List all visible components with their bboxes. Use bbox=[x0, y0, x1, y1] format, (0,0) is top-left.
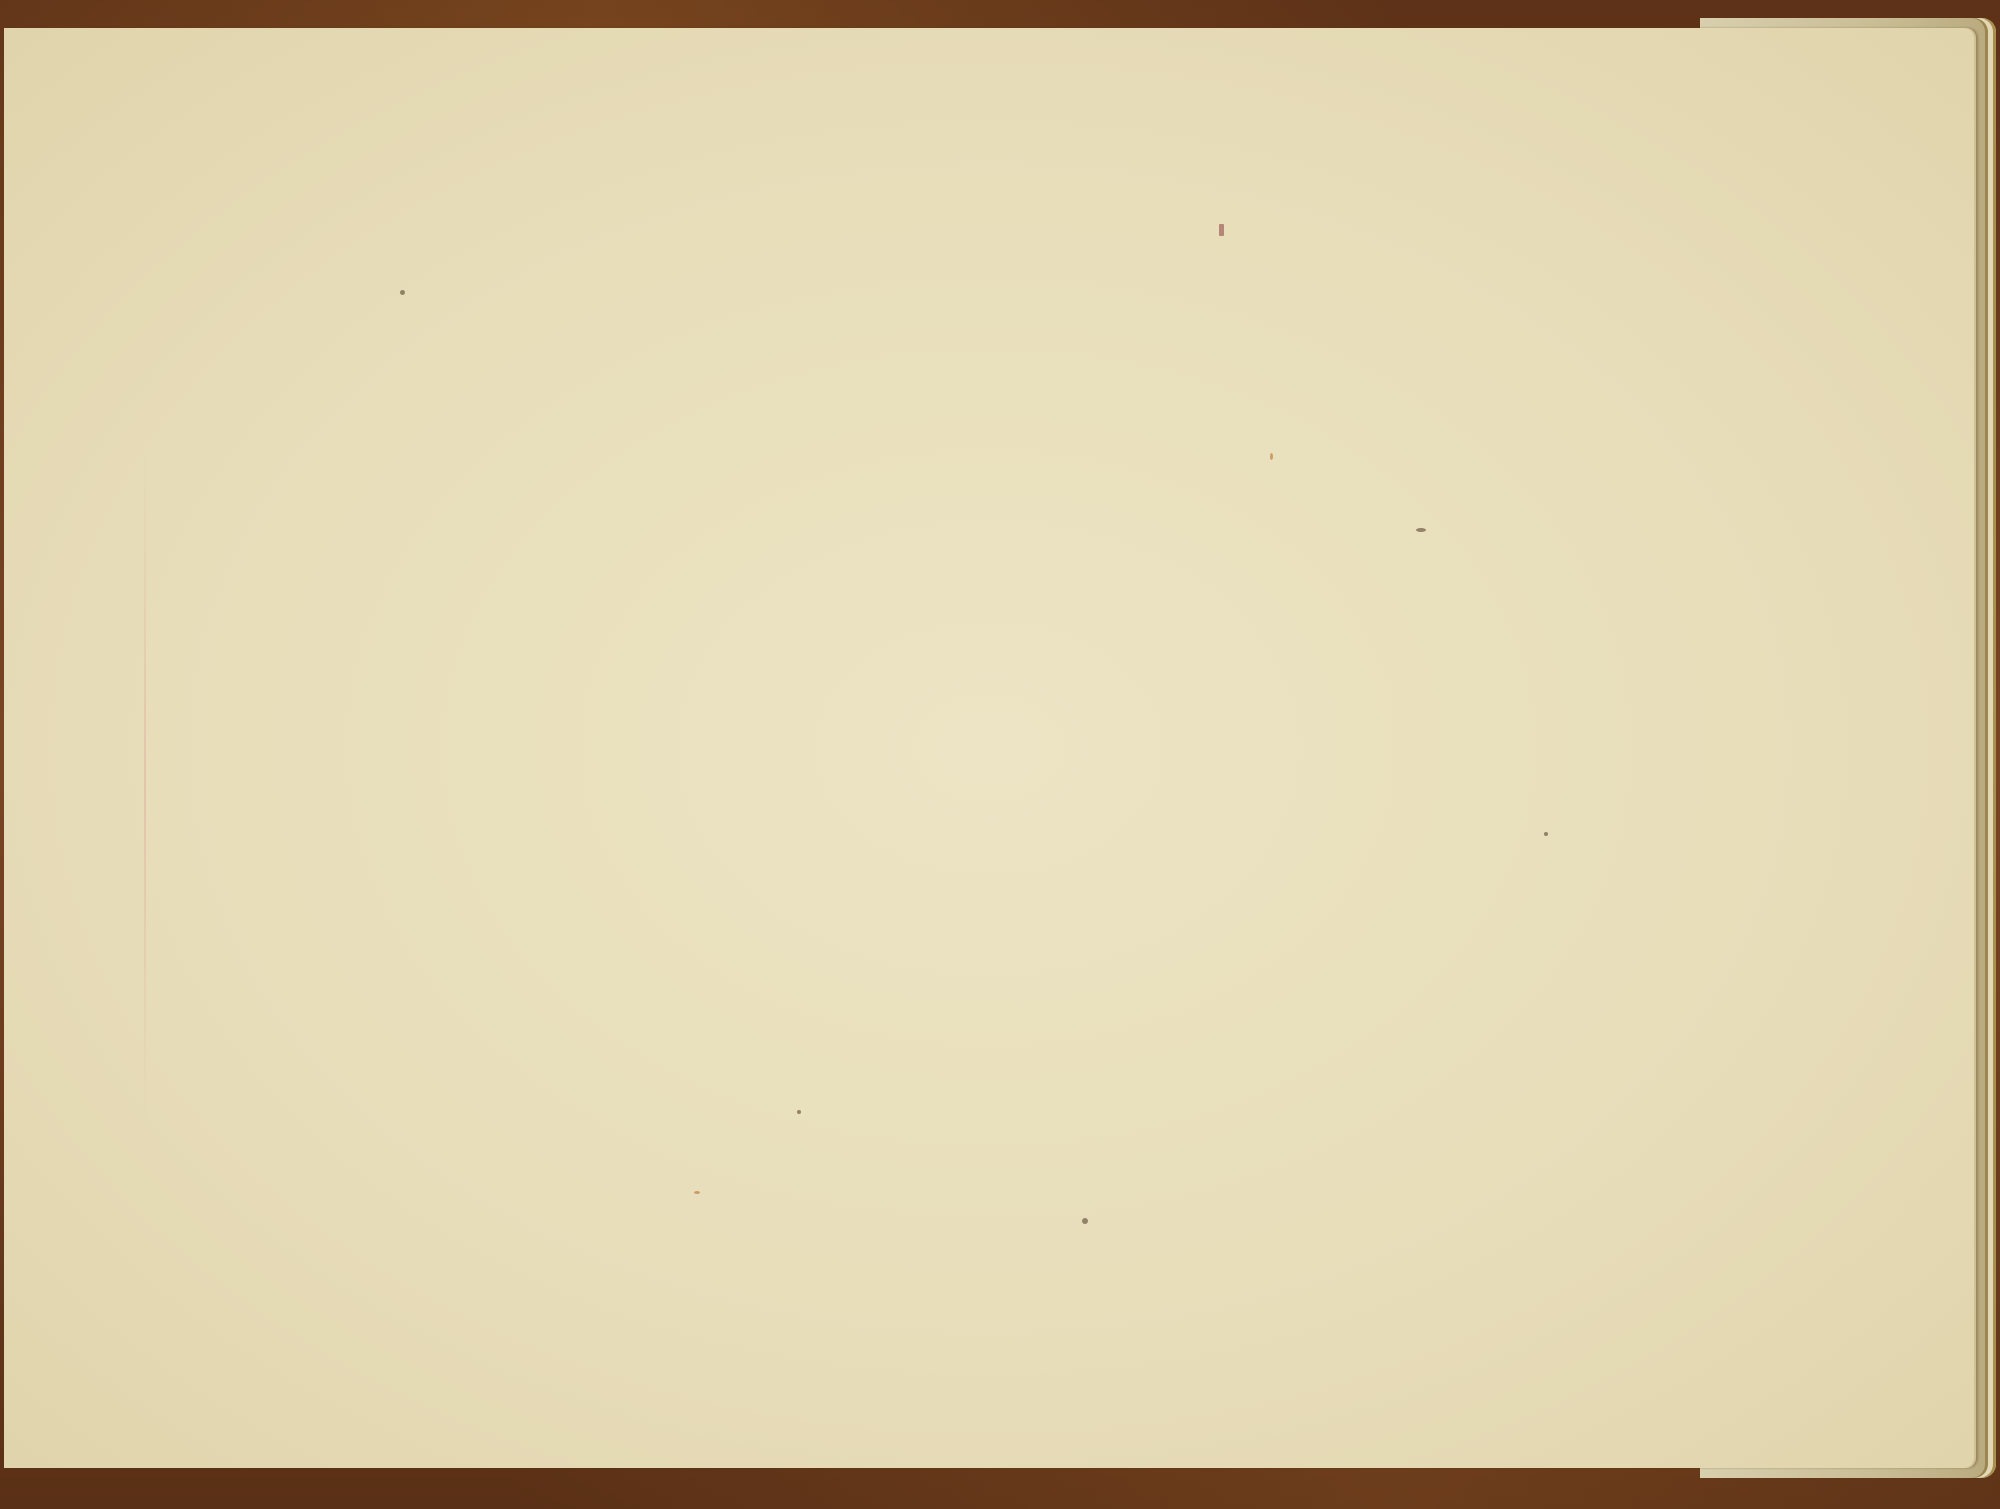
speck bbox=[1082, 1218, 1088, 1224]
speck bbox=[1416, 528, 1426, 532]
speck bbox=[400, 290, 405, 295]
faint-margin-mark bbox=[144, 448, 146, 1128]
speck bbox=[1219, 224, 1224, 236]
speck bbox=[1544, 832, 1548, 836]
speck bbox=[1270, 453, 1273, 460]
blank-page bbox=[4, 28, 1974, 1468]
speck bbox=[797, 1110, 801, 1114]
speck bbox=[694, 1191, 700, 1194]
